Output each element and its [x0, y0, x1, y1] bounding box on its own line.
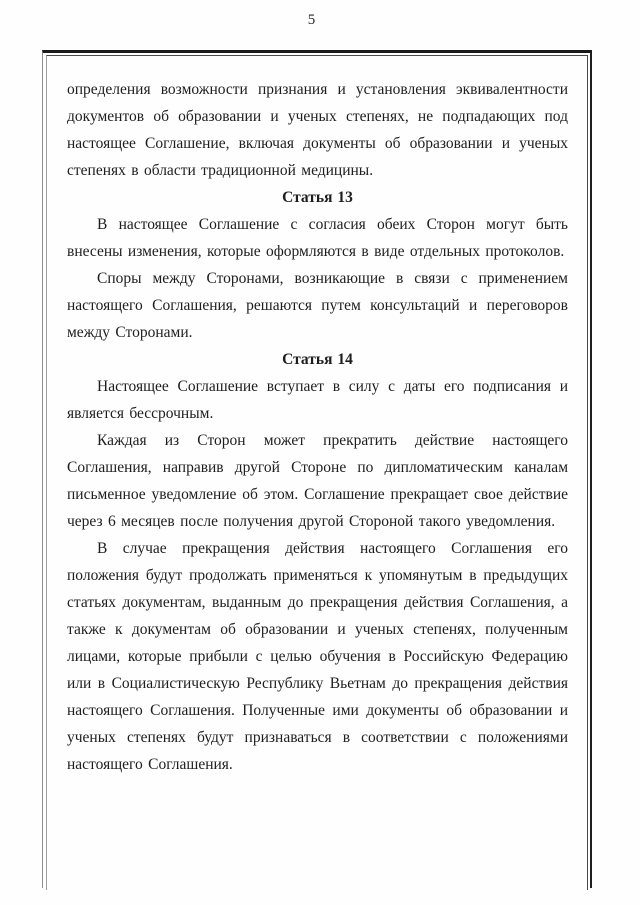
article-14-heading: Статья 14 — [67, 346, 568, 373]
page-number: 5 — [42, 12, 582, 29]
document-frame-inner: определения возможности признания и уста… — [46, 55, 588, 890]
paragraph-article12-continuation: определения возможности признания и уста… — [67, 76, 568, 184]
paragraph-article14-termination: Каждая из Сторон может прекратить действ… — [67, 427, 568, 535]
paragraph-article14-transitional: В случае прекращения действия настоящего… — [67, 535, 568, 778]
paragraph-article13-disputes: Споры между Сторонами, возникающие в свя… — [67, 265, 568, 346]
paragraph-article14-entry-into-force: Настоящее Соглашение вступает в силу с д… — [67, 373, 568, 427]
article-13-heading: Статья 13 — [67, 184, 568, 211]
paragraph-article13-amendments: В настоящее Соглашение с согласия обеих … — [67, 211, 568, 265]
document-frame: определения возможности признания и уста… — [42, 50, 592, 888]
